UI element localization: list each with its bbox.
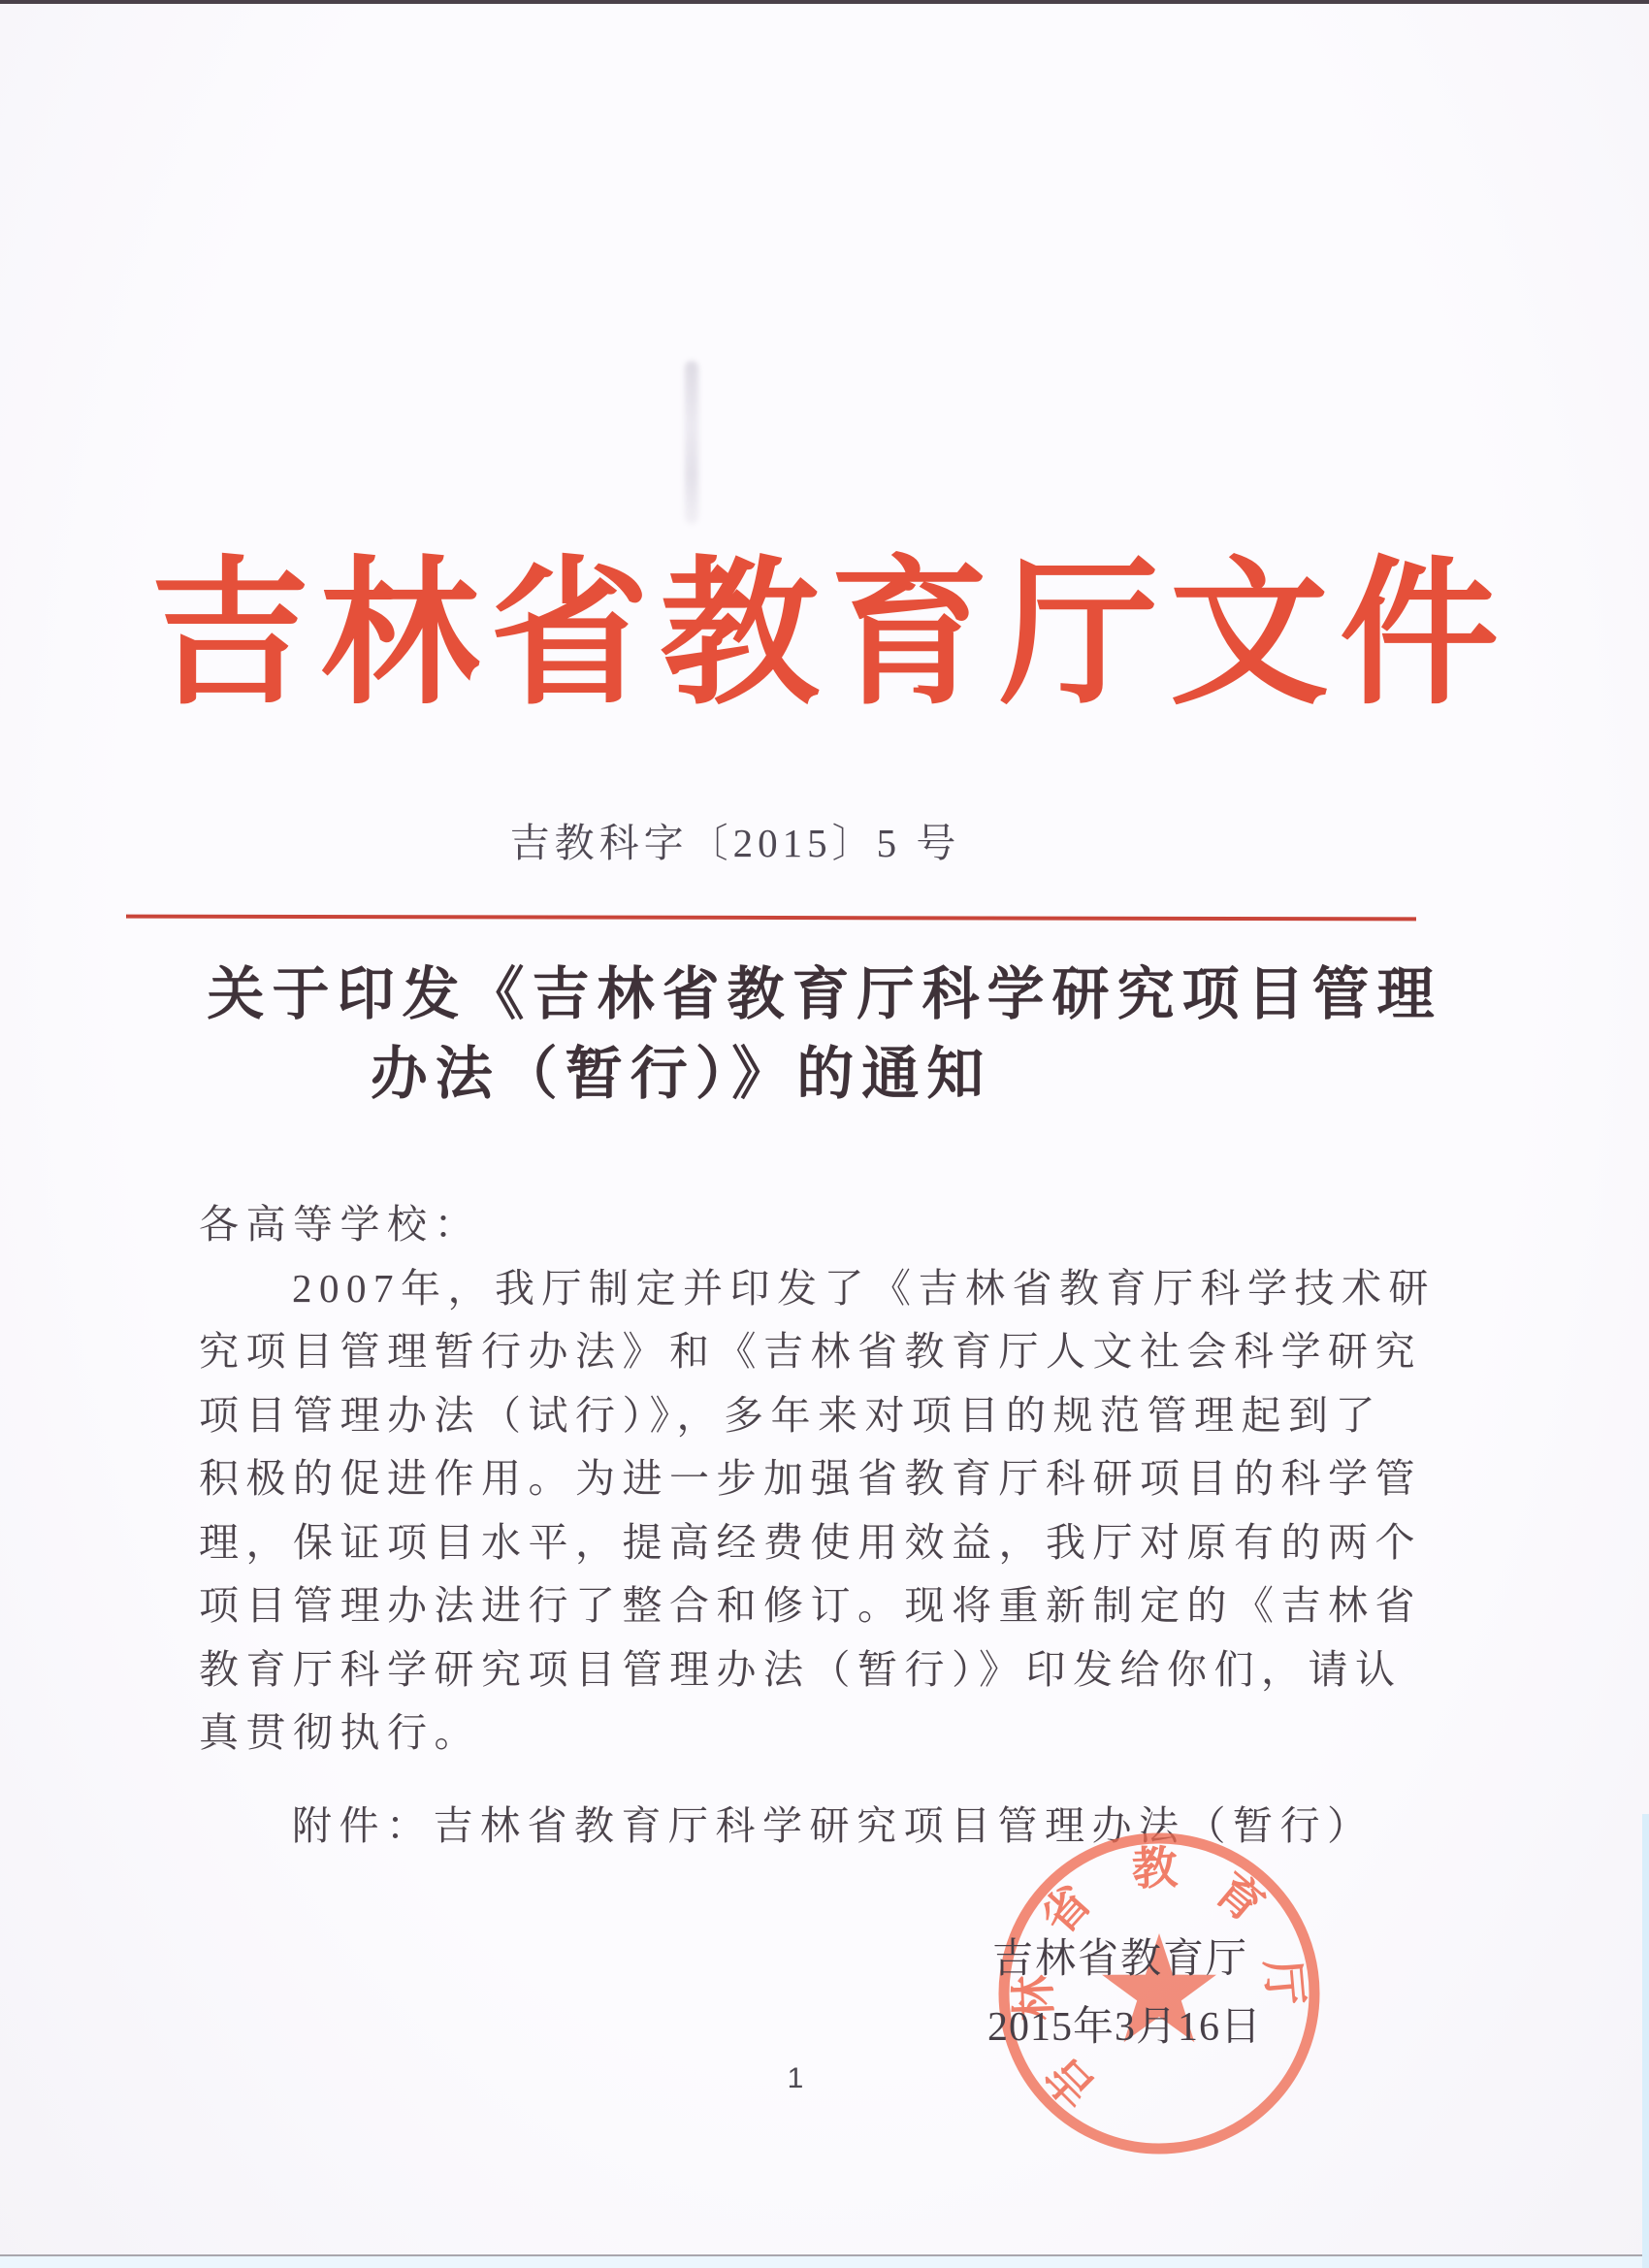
page-number: 1	[766, 2062, 824, 2095]
scan-smudge	[685, 361, 698, 524]
letterhead-char: 文	[1170, 545, 1329, 728]
body-line: 项目管理办法进行了整合和修订。现将重新制定的《吉林省	[199, 1574, 1460, 1638]
body-line: 2007年，我厅制定并印发了《吉林省教育厅科学技术研	[199, 1257, 1460, 1321]
body-line: 理，保证项目水平，提高经费使用效益，我厅对原有的两个	[199, 1511, 1460, 1575]
letterhead-char: 育	[830, 545, 989, 728]
letterhead-char: 省	[490, 545, 649, 728]
scanned-document-page: 吉 林 省 教 育 厅 文 件 吉教科字〔2015〕5 号 关于印发《吉林省教育…	[0, 0, 1649, 2268]
body-line: 究项目管理暂行办法》和《吉林省教育厅人文社会科学研究	[199, 1320, 1460, 1384]
letterhead-char: 教	[660, 545, 819, 728]
document-body: 各高等学校： 2007年，我厅制定并印发了《吉林省教育厅科学技术研 究项目管理暂…	[199, 1193, 1460, 1858]
body-line: 积极的促进作用。为进一步加强省教育厅科研项目的科学管	[199, 1447, 1460, 1511]
document-title-line1: 关于印发《吉林省教育厅科学研究项目管理	[0, 955, 1649, 1034]
official-seal-graphic: 吉 林 省 教 育 厅	[985, 1819, 1334, 2168]
signature-date: 2015年3月16日	[987, 1994, 1262, 2053]
official-seal: 吉 林 省 教 育 厅	[985, 1819, 1334, 2168]
scanner-bottom-strip	[0, 2256, 1649, 2268]
body-line: 真贯彻执行。	[199, 1701, 1460, 1766]
document-title: 关于印发《吉林省教育厅科学研究项目管理 办法（暂行）》的通知	[0, 955, 1649, 1114]
letterhead-char: 厅	[1000, 545, 1159, 728]
letterhead-char: 林	[320, 545, 479, 728]
letterhead-char: 吉	[150, 545, 309, 728]
document-number: 吉教科字〔2015〕5 号	[0, 811, 1560, 868]
seal-char: 厅	[1256, 1958, 1310, 2007]
red-divider-rule	[126, 915, 1416, 922]
seal-char: 教	[1131, 1843, 1180, 1895]
letterhead-title: 吉 林 省 教 育 厅 文 件	[150, 545, 1499, 739]
letterhead-char: 件	[1340, 545, 1499, 728]
salutation: 各高等学校：	[199, 1193, 1460, 1257]
signature-issuer: 吉林省教育厅	[992, 1927, 1248, 1985]
document-title-line2: 办法（暂行）》的通知	[0, 1034, 1505, 1114]
body-line: 项目管理办法（试行）》，多年来对项目的规范管理起到了	[199, 1384, 1460, 1448]
scanner-right-strip	[1642, 1814, 1649, 2268]
body-line: 教育厅科学研究项目管理办法（暂行）》印发给你们，请认	[199, 1638, 1460, 1702]
scanner-top-edge	[0, 0, 1649, 4]
